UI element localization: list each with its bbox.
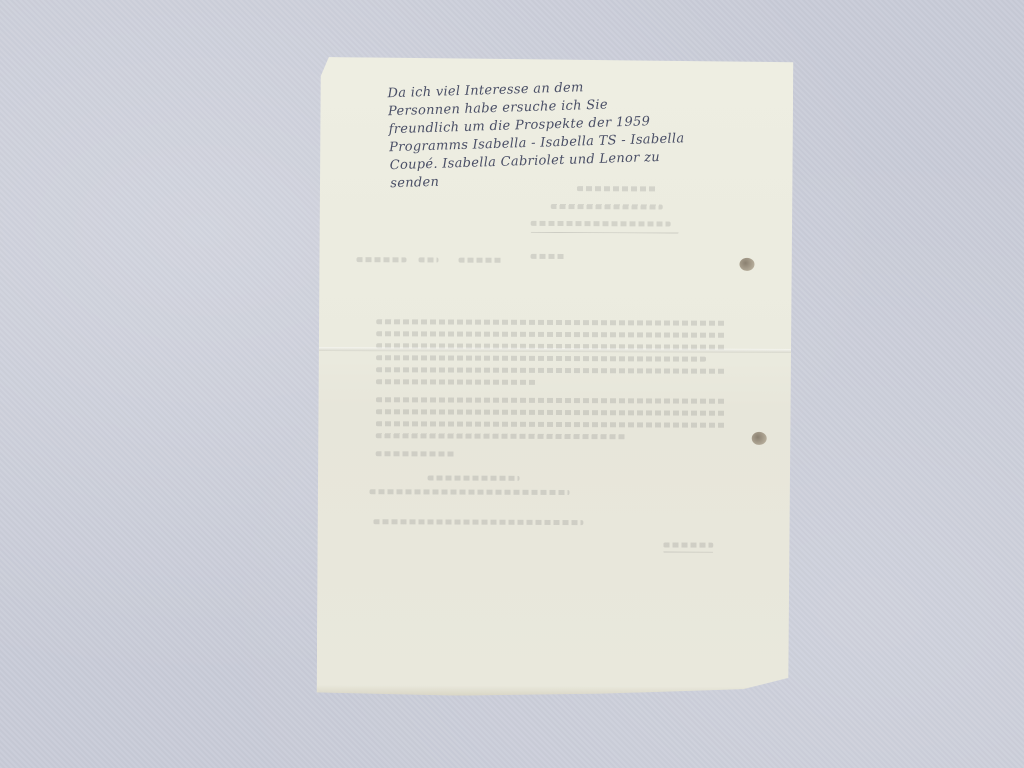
punch-hole xyxy=(752,432,767,445)
handwritten-note: Da ich viel Interesse an dem Personnen h… xyxy=(387,74,770,194)
document-page: Da ich viel Interesse an dem Personnen h… xyxy=(317,57,794,697)
show-through-text xyxy=(319,57,793,59)
worn-edge xyxy=(317,685,791,697)
paper-fold xyxy=(318,347,792,353)
punch-hole xyxy=(739,258,754,271)
